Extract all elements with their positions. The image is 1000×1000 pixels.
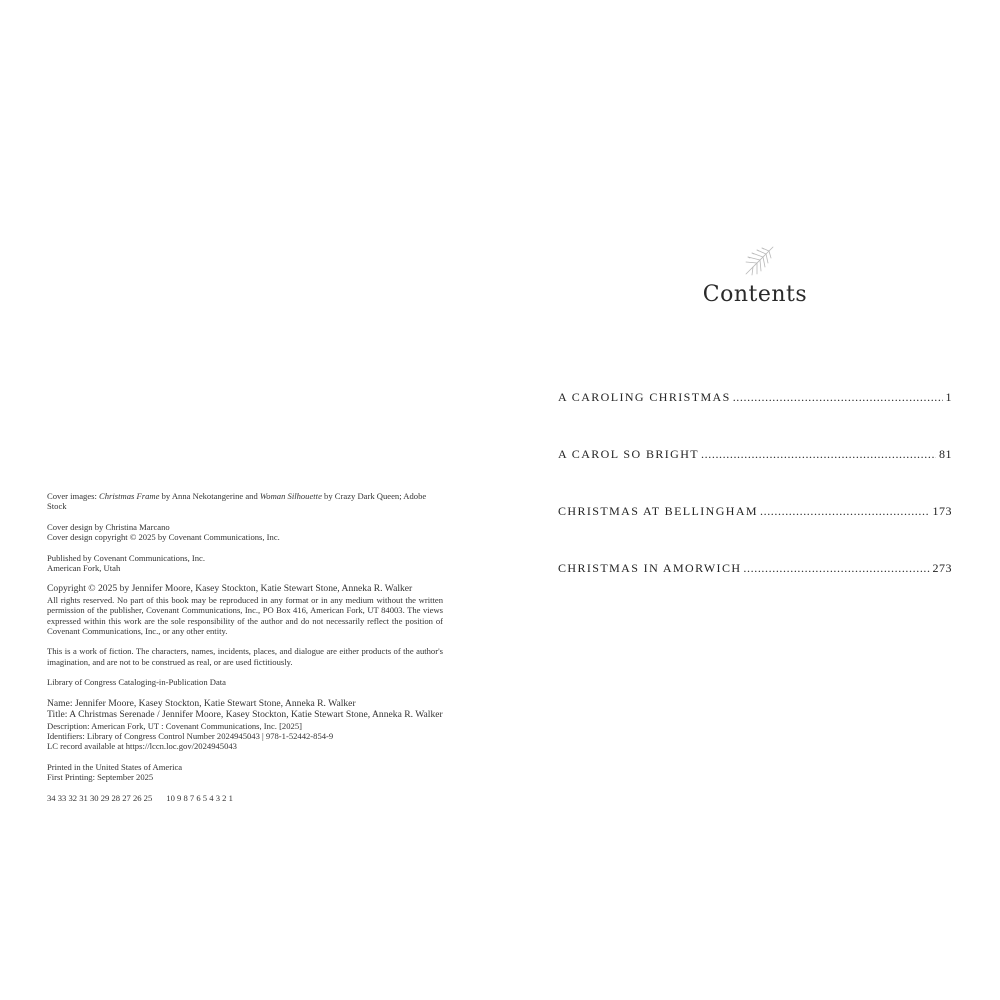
cover-images-credit: Cover images: Christmas Frame by Anna Ne…	[47, 491, 443, 512]
rights-reserved-text: All rights reserved. No part of this boo…	[47, 595, 443, 636]
cover-image-credit-1: by Anna Nekotangerine and	[159, 491, 259, 501]
dot-leader	[701, 447, 936, 462]
copyright-block: Copyright © 2025 by Jennifer Moore, Kase…	[47, 583, 443, 636]
table-of-contents: A Caroling Christmas 1 A Carol So Bright…	[558, 390, 952, 618]
cip-identifiers: Identifiers: Library of Congress Control…	[47, 731, 333, 741]
copyright-page: Cover images: Christmas Frame by Anna Ne…	[47, 491, 443, 803]
printer-key: 34 33 32 31 30 29 28 27 26 2510 9 8 7 6 …	[47, 793, 443, 803]
cover-images-label: Cover images:	[47, 491, 99, 501]
toc-entry[interactable]: A Caroling Christmas 1	[558, 390, 952, 447]
publisher-location: American Fork, Utah	[47, 563, 120, 573]
toc-entry[interactable]: A Carol So Bright 81	[558, 447, 952, 504]
cover-design-block: Cover design by Christina Marcano Cover …	[47, 522, 443, 543]
copyright-line: Copyright © 2025 by Jennifer Moore, Kase…	[47, 583, 412, 594]
toc-entry-title: Christmas in Amorwich	[558, 561, 741, 576]
holly-leaf-icon	[740, 244, 776, 280]
dot-leader	[760, 504, 930, 519]
cip-title: Title: A Christmas Serenade / Jennifer M…	[47, 709, 443, 720]
contents-title: Contents	[640, 282, 870, 307]
printed-in: Printed in the United States of America	[47, 762, 182, 772]
cip-name: Name: Jennifer Moore, Kasey Stockton, Ka…	[47, 698, 356, 709]
toc-entry-title: Christmas at Bellingham	[558, 504, 758, 519]
cip-description: Description: American Fork, UT : Covenan…	[47, 721, 302, 731]
toc-entry-page: 173	[933, 504, 953, 519]
cover-design-credit: Cover design by Christina Marcano	[47, 522, 170, 532]
cip-heading: Library of Congress Cataloging-in-Public…	[47, 677, 443, 687]
printing-years: 34 33 32 31 30 29 28 27 26 25	[47, 793, 152, 803]
toc-entry-page: 273	[933, 561, 953, 576]
toc-entry[interactable]: Christmas in Amorwich 273	[558, 561, 952, 618]
printing-block: Printed in the United States of America …	[47, 762, 443, 783]
dot-leader	[733, 390, 943, 405]
toc-entry-page: 81	[939, 447, 952, 462]
printing-numbers: 10 9 8 7 6 5 4 3 2 1	[166, 793, 233, 803]
toc-entry-title: A Caroling Christmas	[558, 390, 731, 405]
dot-leader	[743, 561, 929, 576]
fiction-notice: This is a work of fiction. The character…	[47, 646, 443, 667]
toc-entry-page: 1	[946, 390, 953, 405]
cover-image-work-1: Christmas Frame	[99, 491, 159, 501]
cover-design-copyright: Cover design copyright © 2025 by Covenan…	[47, 532, 280, 542]
toc-entry-title: A Carol So Bright	[558, 447, 699, 462]
cip-lc-record: LC record available at https://lccn.loc.…	[47, 741, 237, 751]
cover-image-work-2: Woman Silhouette	[260, 491, 322, 501]
first-printing: First Printing: September 2025	[47, 772, 153, 782]
toc-entry[interactable]: Christmas at Bellingham 173	[558, 504, 952, 561]
publisher-name: Published by Covenant Communications, In…	[47, 553, 205, 563]
publisher-block: Published by Covenant Communications, In…	[47, 553, 443, 574]
cip-data-block: Name: Jennifer Moore, Kasey Stockton, Ka…	[47, 698, 443, 752]
